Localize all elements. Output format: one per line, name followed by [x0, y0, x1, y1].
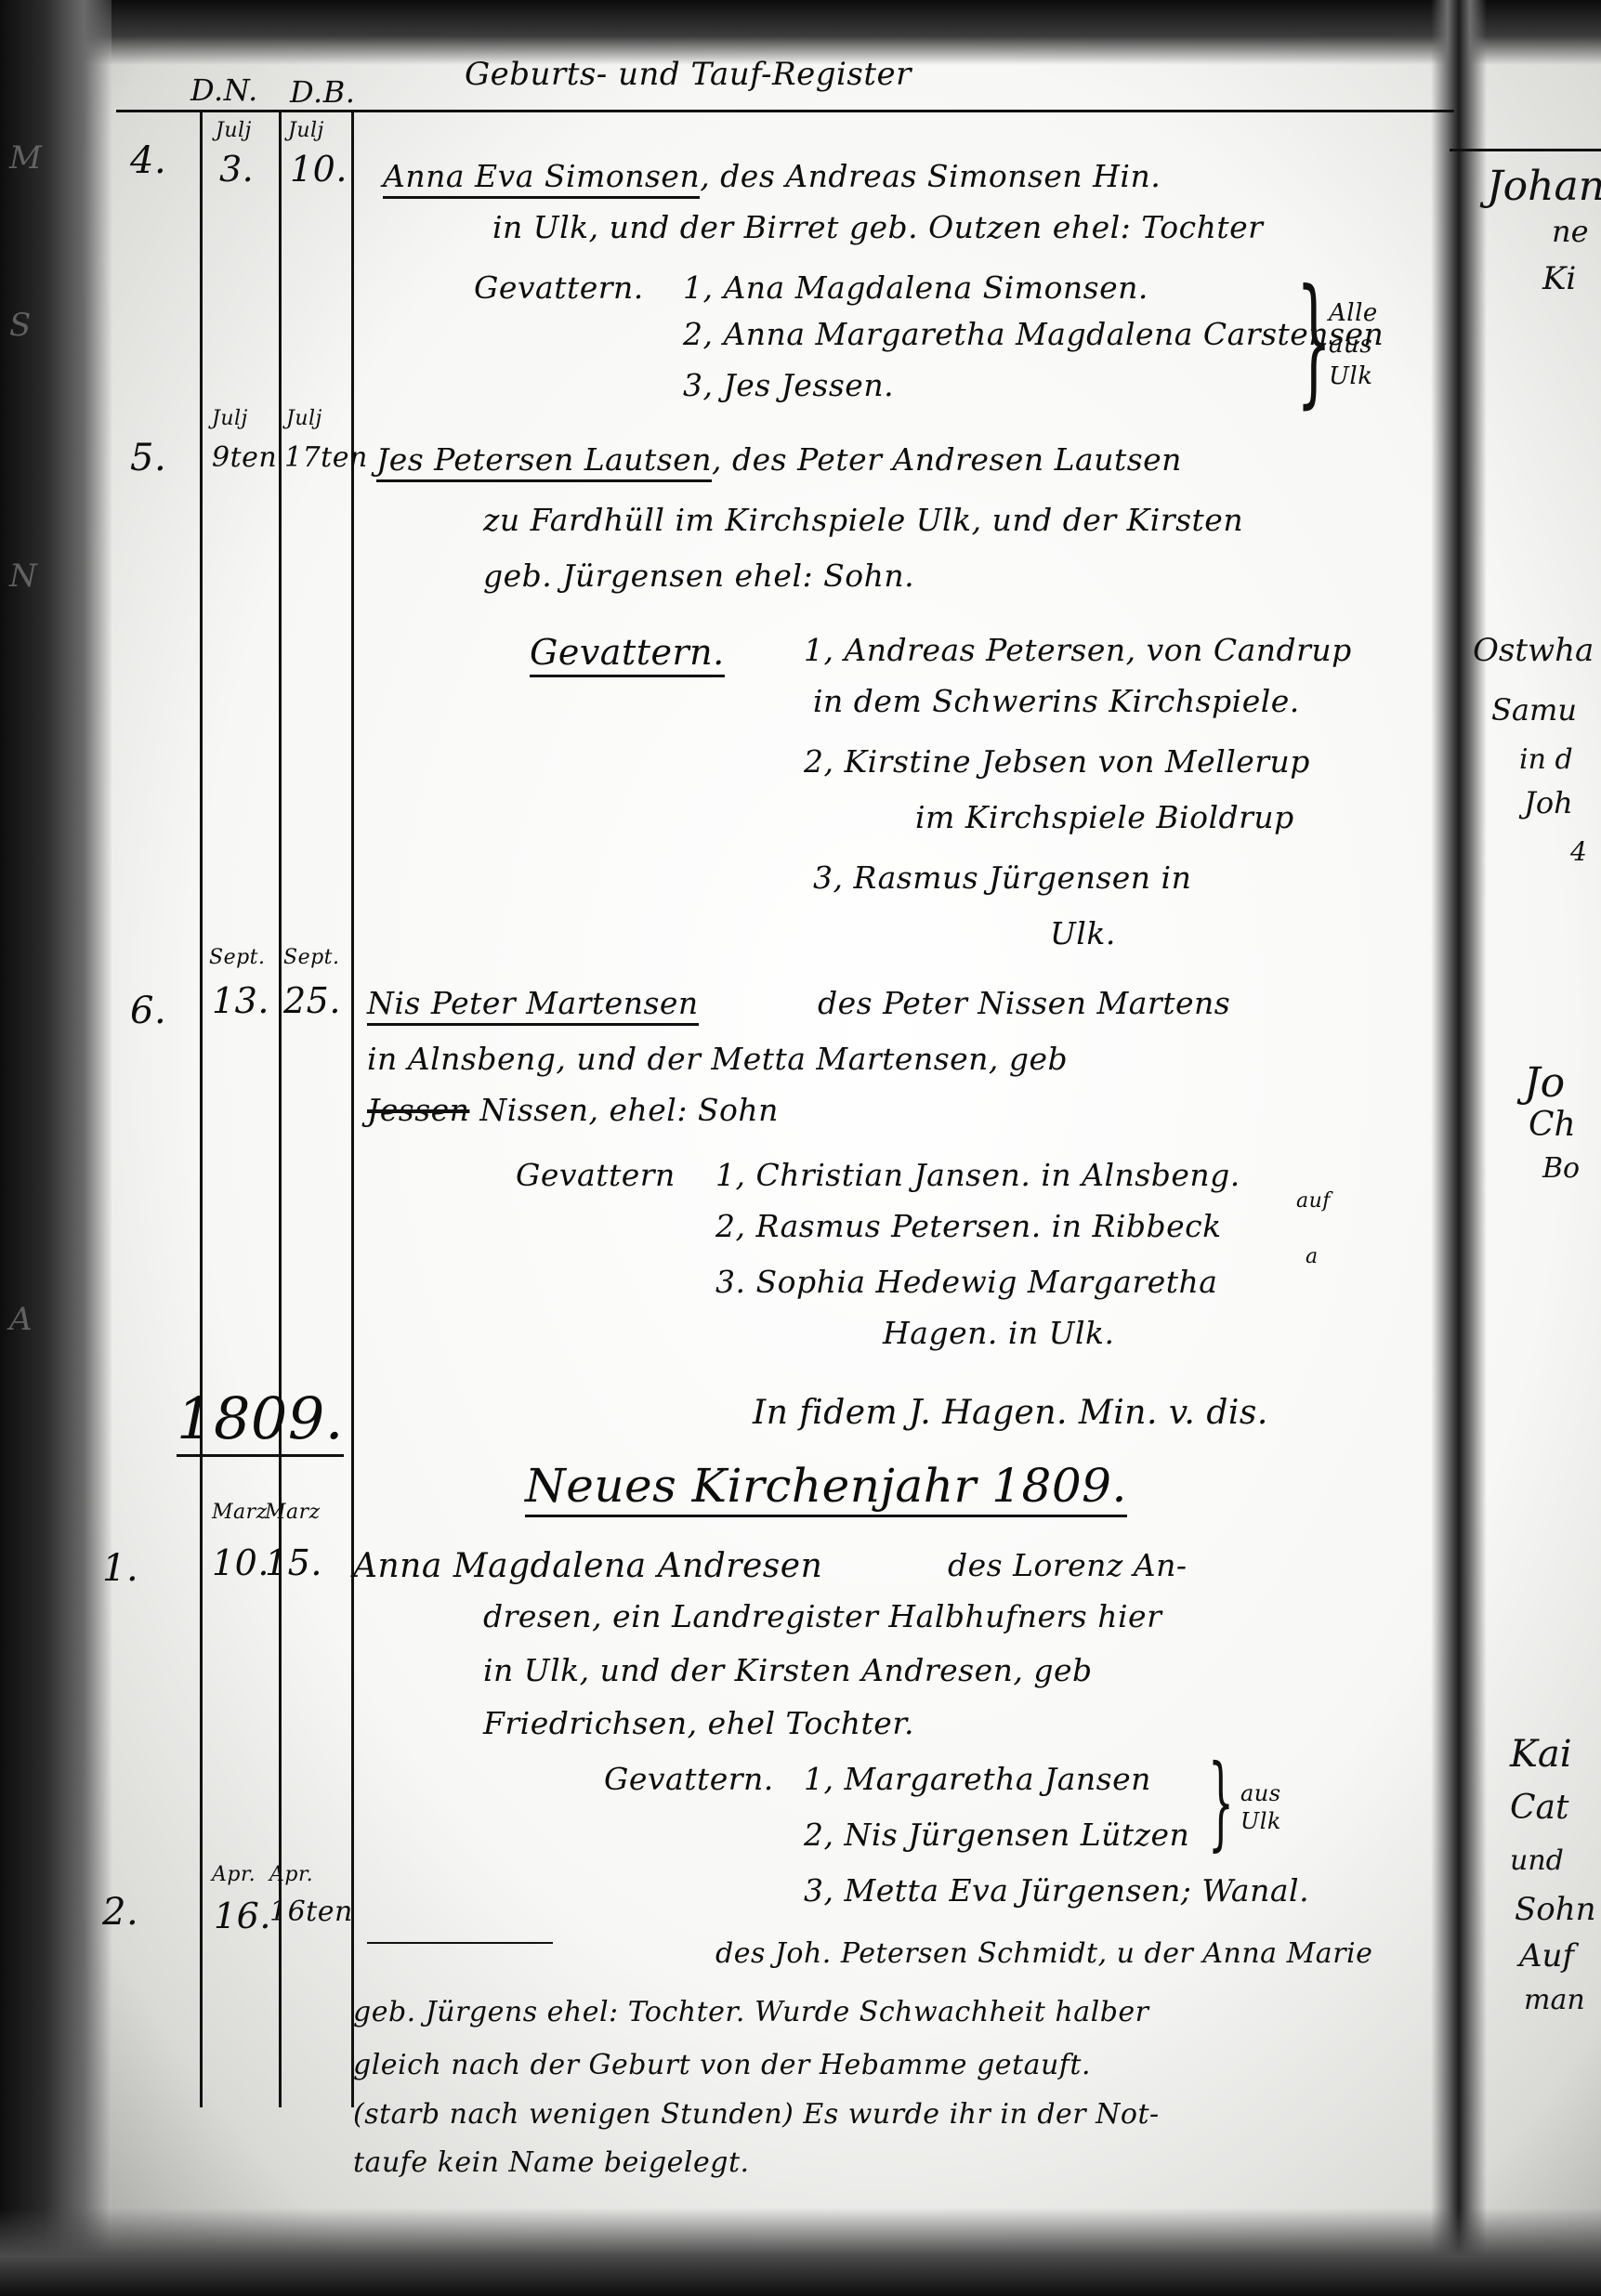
sponsors-location-note: Alle aus Ulk: [1329, 297, 1403, 392]
year-marker: 1809.: [177, 1384, 344, 1457]
entry-number: 6.: [130, 990, 166, 1032]
entry-text-line: gleich nach der Geburt von der Hebamme g…: [353, 2049, 1091, 2081]
attestation-signature: In fidem J. Hagen. Min. v. dis.: [753, 1394, 1268, 1432]
sponsor: 3, Rasmus Jürgensen in: [813, 859, 1191, 896]
baptism-day: 15.: [265, 1542, 322, 1583]
entry-text-line: geb. Jürgens ehel: Tochter. Wurde Schwac…: [353, 1996, 1149, 2028]
entry-number: 2.: [102, 1891, 138, 1934]
book-binding-fold: [1431, 0, 1487, 2296]
adjoining-fragment: Ki: [1542, 260, 1576, 297]
birth-day: 16.: [214, 1896, 271, 1936]
baptism-day: 10.: [290, 149, 348, 190]
sponsors-label: Gevattern.: [530, 632, 725, 677]
birth-day: 3.: [219, 149, 254, 190]
adjoining-fragment: ne: [1552, 214, 1589, 249]
entry-number: 5.: [130, 437, 166, 479]
adjoining-fragment: und: [1510, 1844, 1564, 1877]
adjoining-fragment: Johan: [1487, 163, 1601, 210]
adjoining-fragment: Bo: [1542, 1152, 1580, 1185]
entry-text-line: in Ulk, und der Birret geb. Outzen ehel:…: [492, 209, 1263, 245]
adjoining-fragment: Sohn: [1515, 1891, 1596, 1928]
sponsor: 2, Kirstine Jebsen von Mellerup: [804, 743, 1310, 780]
sponsor-detail: im Kirchspiele Bioldrup: [915, 799, 1294, 835]
baptism-month: Julj: [288, 119, 324, 142]
birth-day: 13.: [212, 980, 269, 1021]
entry-number: 1.: [102, 1547, 138, 1590]
baptism-month: Sept.: [283, 946, 340, 969]
birth-day: 9ten: [212, 441, 277, 474]
new-church-year-heading: Neues Kirchenjahr 1809.: [525, 1459, 1127, 1517]
interlinear-correction: auf: [1296, 1189, 1331, 1213]
gutter-fragment: N: [9, 558, 37, 595]
entry-text-line: , des Andreas Simonsen Hin.: [700, 158, 1161, 194]
adjoining-fragment: Samu: [1491, 692, 1577, 728]
sponsor: 1, Margaretha Jansen: [804, 1761, 1151, 1797]
struck-through-word: Jessen: [367, 1092, 469, 1128]
birth-month: Julj: [212, 407, 248, 430]
page-title: Geburts- und Tauf-Register: [465, 56, 912, 93]
column-rule-birth: [279, 110, 282, 2107]
entry-text-line: zu Fardhüll im Kirchspiele Ulk, und der …: [483, 502, 1243, 538]
header-rule: [116, 110, 1454, 112]
entry-text-line: geb. Jürgensen ehel: Sohn.: [483, 558, 914, 594]
adjoining-fragment: Joh: [1524, 785, 1573, 820]
adjoining-fragment: 4: [1570, 836, 1587, 867]
child-name: Nis Peter Martensen: [367, 985, 699, 1026]
baptism-day: 16ten: [269, 1896, 353, 1928]
entry-text-line: Friedrichsen, ehel Tochter.: [483, 1705, 914, 1741]
birth-month: Julj: [216, 119, 252, 142]
column-rule-baptism: [351, 110, 354, 2107]
entry-text-line: , des Peter Andresen Lautsen: [712, 441, 1182, 478]
sponsor: 2, Rasmus Petersen. in Ribbeck: [715, 1208, 1222, 1244]
entry-text-line: des Lorenz An-: [948, 1547, 1188, 1583]
column-header-birth-date: D.N.: [190, 72, 258, 108]
baptism-month: Apr.: [269, 1863, 313, 1886]
entry-number: 4.: [130, 139, 166, 182]
baptism-month: Julj: [286, 407, 322, 430]
adjoining-fragment: Kai: [1510, 1733, 1572, 1776]
entry-text-line: in Ulk, und der Kirsten Andresen, geb: [483, 1652, 1093, 1688]
entry-text-line: in Alnsbeng, und der Metta Martensen, ge…: [367, 1041, 1068, 1077]
birth-month: Apr.: [212, 1863, 256, 1886]
brace-glyph: }: [1208, 1742, 1234, 1861]
sponsor: 1, Andreas Petersen, von Candrup: [804, 632, 1352, 668]
left-page-gutter: M S N A: [0, 0, 112, 2296]
blank-name-dash: [367, 1942, 553, 1944]
brace-glyph: }: [1296, 260, 1332, 422]
gutter-fragment: M: [9, 139, 42, 177]
sponsor-detail: Ulk.: [1050, 915, 1116, 951]
sponsor: 2, Anna Margaretha Magdalena Carstensen: [683, 316, 1384, 352]
scan-bottom-shadow: [0, 2208, 1601, 2296]
adjoining-fragment: Jo: [1524, 1059, 1565, 1107]
sponsor-detail: in dem Schwerins Kirchspiele.: [813, 683, 1300, 719]
entry-text-line: des Joh. Petersen Schmidt, u der Anna Ma…: [715, 1937, 1372, 1970]
child-name: Anna Magdalena Andresen: [353, 1547, 822, 1585]
sponsor: 1, Christian Jansen. in Alnsbeng.: [715, 1157, 1240, 1193]
interlinear-correction: a: [1306, 1245, 1319, 1268]
birth-month: Marz: [212, 1501, 268, 1524]
sponsors-location-note: aus Ulk: [1240, 1779, 1296, 1835]
sponsors-label: Gevattern: [516, 1157, 676, 1193]
adjoining-fragment: Auf: [1519, 1937, 1574, 1975]
birth-month: Sept.: [209, 946, 266, 969]
sponsors-label: Gevattern.: [604, 1761, 774, 1797]
entry-text-line: (starb nach wenigen Stunden) Es wurde ih…: [353, 2098, 1160, 2131]
sponsor: 1, Ana Magdalena Simonsen.: [683, 269, 1148, 306]
baptism-day: 17ten: [284, 441, 368, 474]
adjoining-fragment: Ch: [1529, 1106, 1576, 1144]
sponsor: 2, Nis Jürgensen Lützen: [804, 1817, 1189, 1853]
entry-text-line: dresen, ein Landregister Halbhufners hie…: [483, 1598, 1161, 1634]
adjoining-fragment: Ostwha: [1473, 632, 1594, 669]
birth-day: 10.: [212, 1542, 269, 1583]
column-rule-number: [200, 110, 203, 2107]
adjoining-fragment: in d: [1519, 743, 1573, 776]
baptism-month: Marz: [265, 1501, 321, 1524]
entry-text-line: des Peter Nissen Martens: [818, 985, 1230, 1021]
sponsor: 3, Jes Jessen.: [683, 367, 894, 403]
baptism-day: 25.: [283, 980, 341, 1021]
sponsor: 3, Metta Eva Jürgensen; Wanal.: [804, 1872, 1309, 1909]
adjoining-fragment: man: [1524, 1984, 1585, 2016]
entry-text-line: taufe kein Name beigelegt.: [353, 2146, 750, 2179]
sponsors-label: Gevattern.: [474, 269, 644, 306]
child-name: Jes Petersen Lautsen: [376, 441, 712, 482]
gutter-fragment: A: [9, 1301, 33, 1338]
sponsor-detail: Hagen. in Ulk.: [883, 1315, 1115, 1351]
sponsor: 3. Sophia Hedewig Margaretha: [715, 1264, 1217, 1300]
column-header-baptism-date: D.B.: [290, 74, 355, 110]
gutter-fragment: S: [9, 307, 31, 344]
adjoining-header-rule: [1450, 149, 1601, 151]
child-name: Anna Eva Simonsen: [383, 158, 700, 199]
adjoining-fragment: Cat: [1510, 1789, 1568, 1827]
